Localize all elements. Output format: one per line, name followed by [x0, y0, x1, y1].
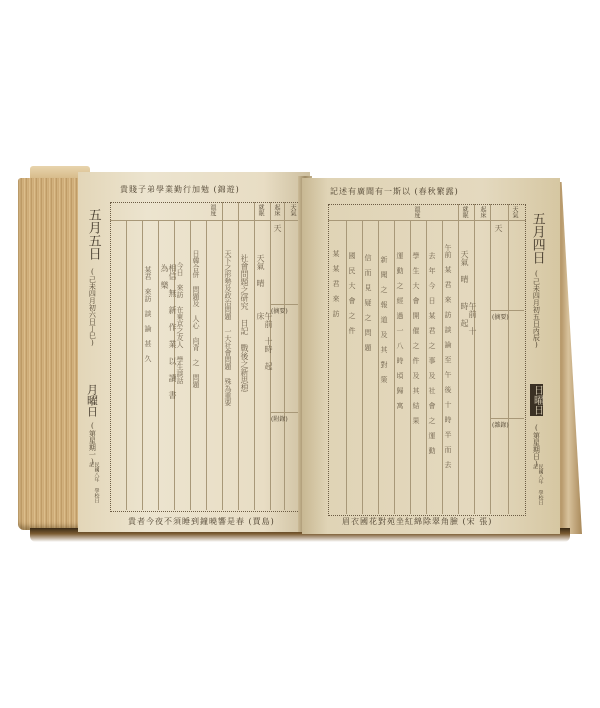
left-page: 貴賤子弟學業勤行加勉 (錦遊) 溫度 就眠 起床 天氣 (摘要) (附錄) 五月… [78, 172, 310, 532]
right-header-motto: (春秋繁露) 記述有廣聞有一斯以 [330, 186, 459, 197]
left-header-motto: 貴賤子弟學業勤行加勉 (錦遊) [120, 184, 240, 195]
right-entry-frame [328, 204, 526, 516]
left-header-divider [110, 220, 304, 221]
hand-line: 今日 來訪 在東京之友人 學生談話 [176, 262, 183, 462]
left-footer-poem: 貴者今夜不須睡到鐘曉響是春 (賈島) [128, 516, 275, 527]
hand-line: 運 動 之 經 過 一 八 時 頃 歸 寓 [396, 252, 403, 502]
hand-line: 天氣 晴 [460, 250, 468, 300]
right-footer-poem: (宋 張) 眉衣國花對苑坐紅綿除翠角臉 [342, 516, 492, 527]
diary-photo: 貴賤子弟學業勤行加勉 (錦遊) 溫度 就眠 起床 天氣 (摘要) (附錄) 五月… [0, 0, 600, 708]
hand-line: 日韓合併 問題及 人心 向背 之 問題 [192, 250, 199, 490]
left-temp-label: 溫度 [208, 204, 217, 216]
hand-line: 社會問題之研究 日記 戰後之新思想 [240, 254, 248, 444]
right-page: (春秋繁露) 記述有廣聞有一斯以 溫度 就眠 起床 天氣 (摘要) (雜錄) 五… [302, 178, 560, 534]
hand-line: 天氣 晴 [256, 254, 264, 308]
left-weather-label: 天氣 [288, 204, 297, 216]
left-rise-label: 起床 [272, 204, 281, 216]
right-side-note: 民國八年 學校日記 [532, 464, 543, 508]
right-weekday-cn: (第星期日) [532, 424, 539, 468]
hand-line: 午前 十時 起床 [256, 312, 272, 372]
right-rise-label: 起床 [478, 206, 487, 218]
hand-line: 午前 某 君 來 訪 談 論 至 午 後 十 時 半 而 去 [444, 244, 451, 494]
left-summary-box: (摘要) [271, 306, 288, 315]
left-weekday-cn: (第星期一) [88, 422, 95, 466]
left-page-stack [18, 178, 86, 530]
right-misc-box: (雜錄) [492, 420, 509, 429]
right-sleep-label: 就眠 [460, 206, 469, 218]
left-appendix-box: (附錄) [271, 414, 288, 423]
hand-line: 某君 來訪 談 論 甚 久 [144, 266, 151, 366]
left-entry-frame [110, 202, 304, 512]
hand-line: 午前 十時 起 [460, 302, 476, 342]
right-summary-box: (摘要) [492, 312, 509, 321]
left-date: 五月五日 [86, 208, 100, 260]
hand-line: 相信 無 新 作 業 以 讀 書 為 樂 [160, 264, 176, 404]
right-weather-entry: 天 [494, 224, 502, 232]
left-sleep-label: 就眠 [256, 204, 265, 216]
hand-line: 新 聞 之 報 道 及 其 對 策 [380, 256, 387, 496]
right-lunar-date: (己未四月初五日丙辰) [532, 270, 539, 349]
right-date: 五月四日 [530, 212, 544, 264]
hand-line: 國 民 大 會 之 件 [348, 252, 355, 352]
hand-line: 天下之形勢及政治問題 一大社會問題 殊為重要 [224, 250, 231, 510]
left-side-note: 民國八年 學校日記 [88, 462, 99, 506]
left-lunar-date: (己未四月初六日丁巳) [88, 268, 95, 347]
hand-line: 學 生 大 會 開 催 之 件 及 其 結 果 [412, 252, 419, 502]
hand-line: 信 而 見 疑 之 問 題 [364, 254, 371, 364]
right-temp-label: 溫度 [412, 206, 421, 218]
left-weather-entry: 天 [273, 224, 281, 232]
right-weather-label: 天氣 [510, 206, 519, 218]
right-weekday: 日曜日 [530, 384, 543, 416]
hand-line: 某 某 君 來 訪 [332, 250, 339, 330]
left-weekday: 月曜日 [86, 384, 98, 417]
hand-line: 去 年 今 日 某 君 之 事 及 社 會 之 運 動 [428, 252, 435, 502]
